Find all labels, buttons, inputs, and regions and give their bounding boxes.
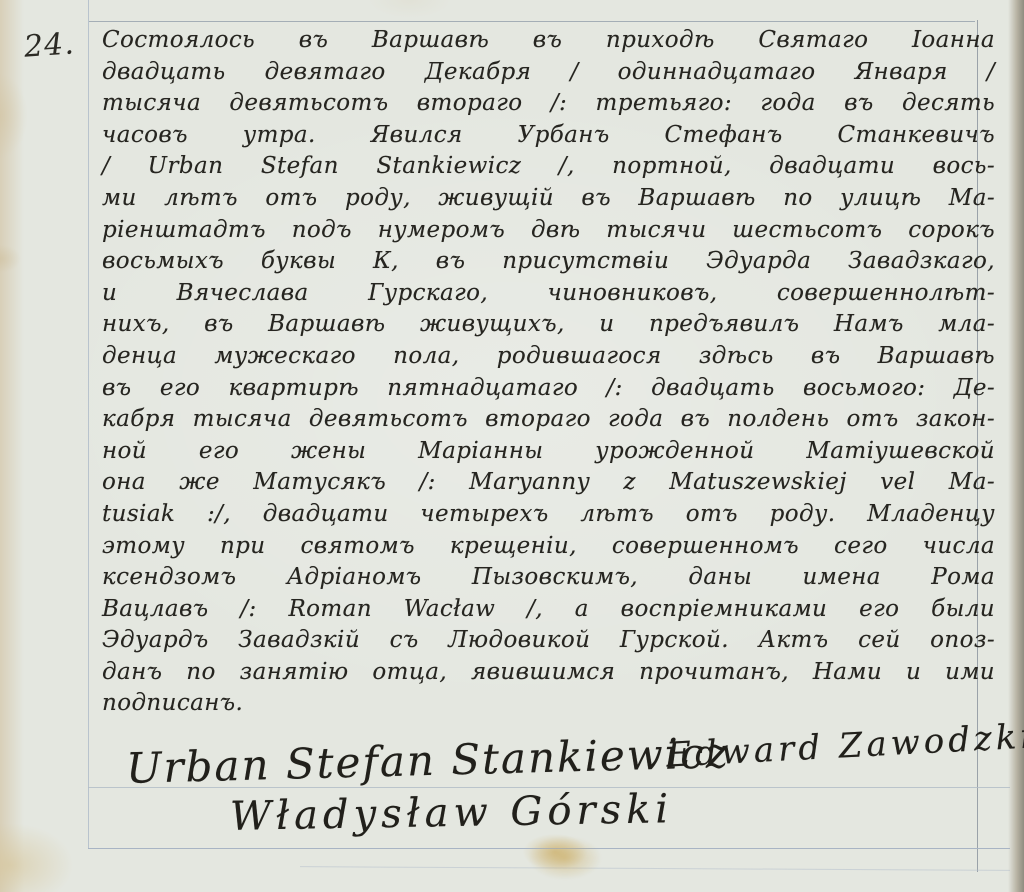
ruled-line-bottom-faint (300, 866, 1010, 871)
manuscript-line: въ его квартирѣ пятнадцатаго /: двадцать… (102, 373, 995, 405)
manuscript-line: данъ по занятію отца, явившимся прочитан… (102, 657, 995, 689)
signature-witness-zawodzki: Edward Zawodzki (665, 716, 1024, 775)
manuscript-line: этому при святомъ крещеніи, совершенномъ… (102, 531, 995, 563)
manuscript-line: / Urban Stefan Stankiewicz /, портной, д… (102, 151, 995, 183)
manuscript-line: Состоялось въ Варшавѣ въ приходѣ Святаго… (102, 25, 995, 57)
manuscript-line: Вацлавъ /: Roman Wacław /, а воспріемник… (102, 594, 995, 626)
scanned-register-page: 24. Состоялось въ Варшавѣ въ приходѣ Свя… (0, 0, 1024, 892)
manuscript-line: она же Матусякъ /: Maryanny z Matuszewsk… (102, 467, 995, 499)
manuscript-line: двадцать девятаго Декабря / одиннадцатаг… (102, 57, 995, 89)
manuscript-line: tusiak :/, двадцати четырехъ лѣтъ отъ ро… (102, 499, 995, 531)
manuscript-line: и Вячеслава Гурскаго, чиновниковъ, совер… (102, 278, 995, 310)
manuscript-line: тысяча девятьсотъ втораго /: третьяго: г… (102, 88, 995, 120)
manuscript-line: подписанъ. (102, 688, 995, 720)
ruled-line-top (88, 21, 975, 22)
signature-witness-gorski: Władysław Górski (230, 786, 674, 840)
signature-father: Urban Stefan Stankiewicz (125, 728, 730, 793)
manuscript-line: кабря тысяча девятьсотъ втораго года въ … (102, 404, 995, 436)
manuscript-line: восьмыхъ буквы К, въ присутствіи Эдуарда… (102, 246, 995, 278)
entry-number: 24. (23, 26, 76, 64)
ruled-line-left-margin (88, 0, 89, 849)
manuscript-line: ной его жены Маріанны урожденной Матіуше… (102, 436, 995, 468)
manuscript-text: Состоялось въ Варшавѣ въ приходѣ Святаго… (102, 25, 995, 720)
manuscript-line: ксендзомъ Адріаномъ Пызовскимъ, даны име… (102, 562, 995, 594)
manuscript-line: часовъ утра. Явился Урбанъ Стефанъ Станк… (102, 120, 995, 152)
manuscript-line: ми лѣтъ отъ роду, живущій въ Варшавѣ по … (102, 183, 995, 215)
manuscript-line: денца мужескаго пола, родившагося здѣсь … (102, 341, 995, 373)
paper-stain (528, 836, 602, 880)
manuscript-line: нихъ, въ Варшавѣ живущихъ, и предъявилъ … (102, 309, 995, 341)
manuscript-line: ріенштадтъ подъ нумеромъ двѣ тысячи шест… (102, 215, 995, 247)
manuscript-line: Эдуардъ Завадзкій съ Людовикой Гурской. … (102, 625, 995, 657)
